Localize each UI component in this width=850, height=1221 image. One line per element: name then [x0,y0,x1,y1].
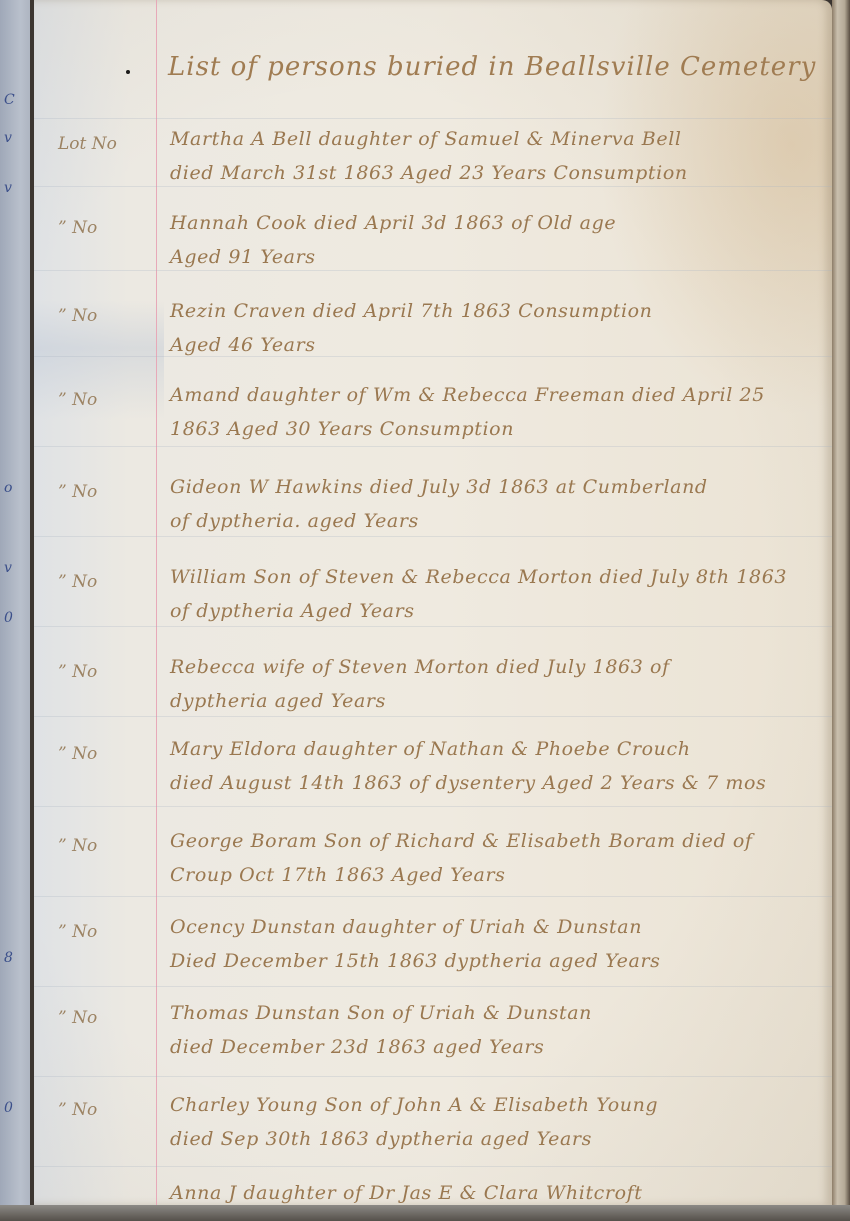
facing-page-mark: v [4,560,12,576]
entry-line-1: Martha A Bell daughter of Samuel & Miner… [170,128,682,150]
lot-number-label: ” No [58,306,97,326]
ruled-line [34,806,832,807]
facing-page-mark: 0 [4,610,13,626]
lot-number-label: ” No [58,482,97,502]
ruled-line [34,186,832,187]
ruled-line [34,270,832,271]
ruled-line [34,356,832,357]
entry-line-1: Thomas Dunstan Son of Uriah & Dunstan [170,1002,592,1024]
entry-line-1: William Son of Steven & Rebecca Morton d… [170,566,787,588]
ruled-line [34,986,832,987]
facing-page-mark: C [4,92,15,108]
entry-line-1: Ocency Dunstan daughter of Uriah & Dunst… [170,916,642,938]
lot-number-label: ” No [58,1100,97,1120]
entry-line-2: of dyptheria. aged Years [170,510,419,532]
entry-line-2: died December 23d 1863 aged Years [170,1036,544,1058]
entry-line-1: Rezin Craven died April 7th 1863 Consump… [170,300,653,322]
book-bottom-edge [0,1205,850,1221]
entry-line-2: Aged 46 Years [170,334,316,356]
page-fold-shadow [34,300,164,420]
entry-line-1: George Boram Son of Richard & Elisabeth … [170,830,753,852]
entry-line-1: Hannah Cook died April 3d 1863 of Old ag… [170,212,616,234]
ruled-line [34,716,832,717]
ruled-line [34,1076,832,1077]
facing-page-mark: v [4,130,12,146]
entry-line-2: died March 31st 1863 Aged 23 Years Consu… [170,162,688,184]
entry-line-2: 1863 Aged 30 Years Consumption [170,418,514,440]
lot-number-label: ” No [58,744,97,764]
ruled-line [34,446,832,447]
page-title: List of persons buried in Beallsville Ce… [168,52,828,82]
facing-page-mark: v [4,180,12,196]
lot-number-label: ” No [58,662,97,682]
ruled-line [34,626,832,627]
entry-line-2: of dyptheria Aged Years [170,600,415,622]
entry-line-1: Mary Eldora daughter of Nathan & Phoebe … [170,738,691,760]
lot-number-label: ” No [58,1008,97,1028]
facing-page-mark: o [4,480,12,496]
entry-line-1: Gideon W Hawkins died July 3d 1863 at Cu… [170,476,708,498]
entry-line-2: Died December 15th 1863 dyptheria aged Y… [170,950,660,972]
entry-line-1: Anna J daughter of Dr Jas E & Clara Whit… [170,1182,643,1204]
lot-number-label: ” No [58,922,97,942]
ruled-line [34,118,832,119]
facing-page-mark: 8 [4,950,13,966]
ruled-line [34,896,832,897]
page-stack-edge [832,0,850,1221]
entry-line-1: Charley Young Son of John A & Elisabeth … [170,1094,658,1116]
facing-page-edge: C v v o v 0 8 0 [0,0,34,1221]
entry-line-1: Rebecca wife of Steven Morton died July … [170,656,670,678]
lot-number-label: ” No [58,218,97,238]
margin-line [156,0,157,1205]
ink-spot [126,70,130,74]
ruled-line [34,536,832,537]
lot-number-label: Lot No [58,134,117,154]
lot-number-label: ” No [58,836,97,856]
lot-number-label: ” No [58,390,97,410]
ruled-line [34,1166,832,1167]
entry-line-2: Croup Oct 17th 1863 Aged Years [170,864,506,886]
entry-line-2: died Sep 30th 1863 dyptheria aged Years [170,1128,592,1150]
facing-page-mark: 0 [4,1100,13,1116]
lot-number-label: ” No [58,572,97,592]
entry-line-1: Amand daughter of Wm & Rebecca Freeman d… [170,384,765,406]
entry-line-2: dyptheria aged Years [170,690,386,712]
entry-line-2: died August 14th 1863 of dysentery Aged … [170,772,766,794]
entry-line-2: Aged 91 Years [170,246,316,268]
